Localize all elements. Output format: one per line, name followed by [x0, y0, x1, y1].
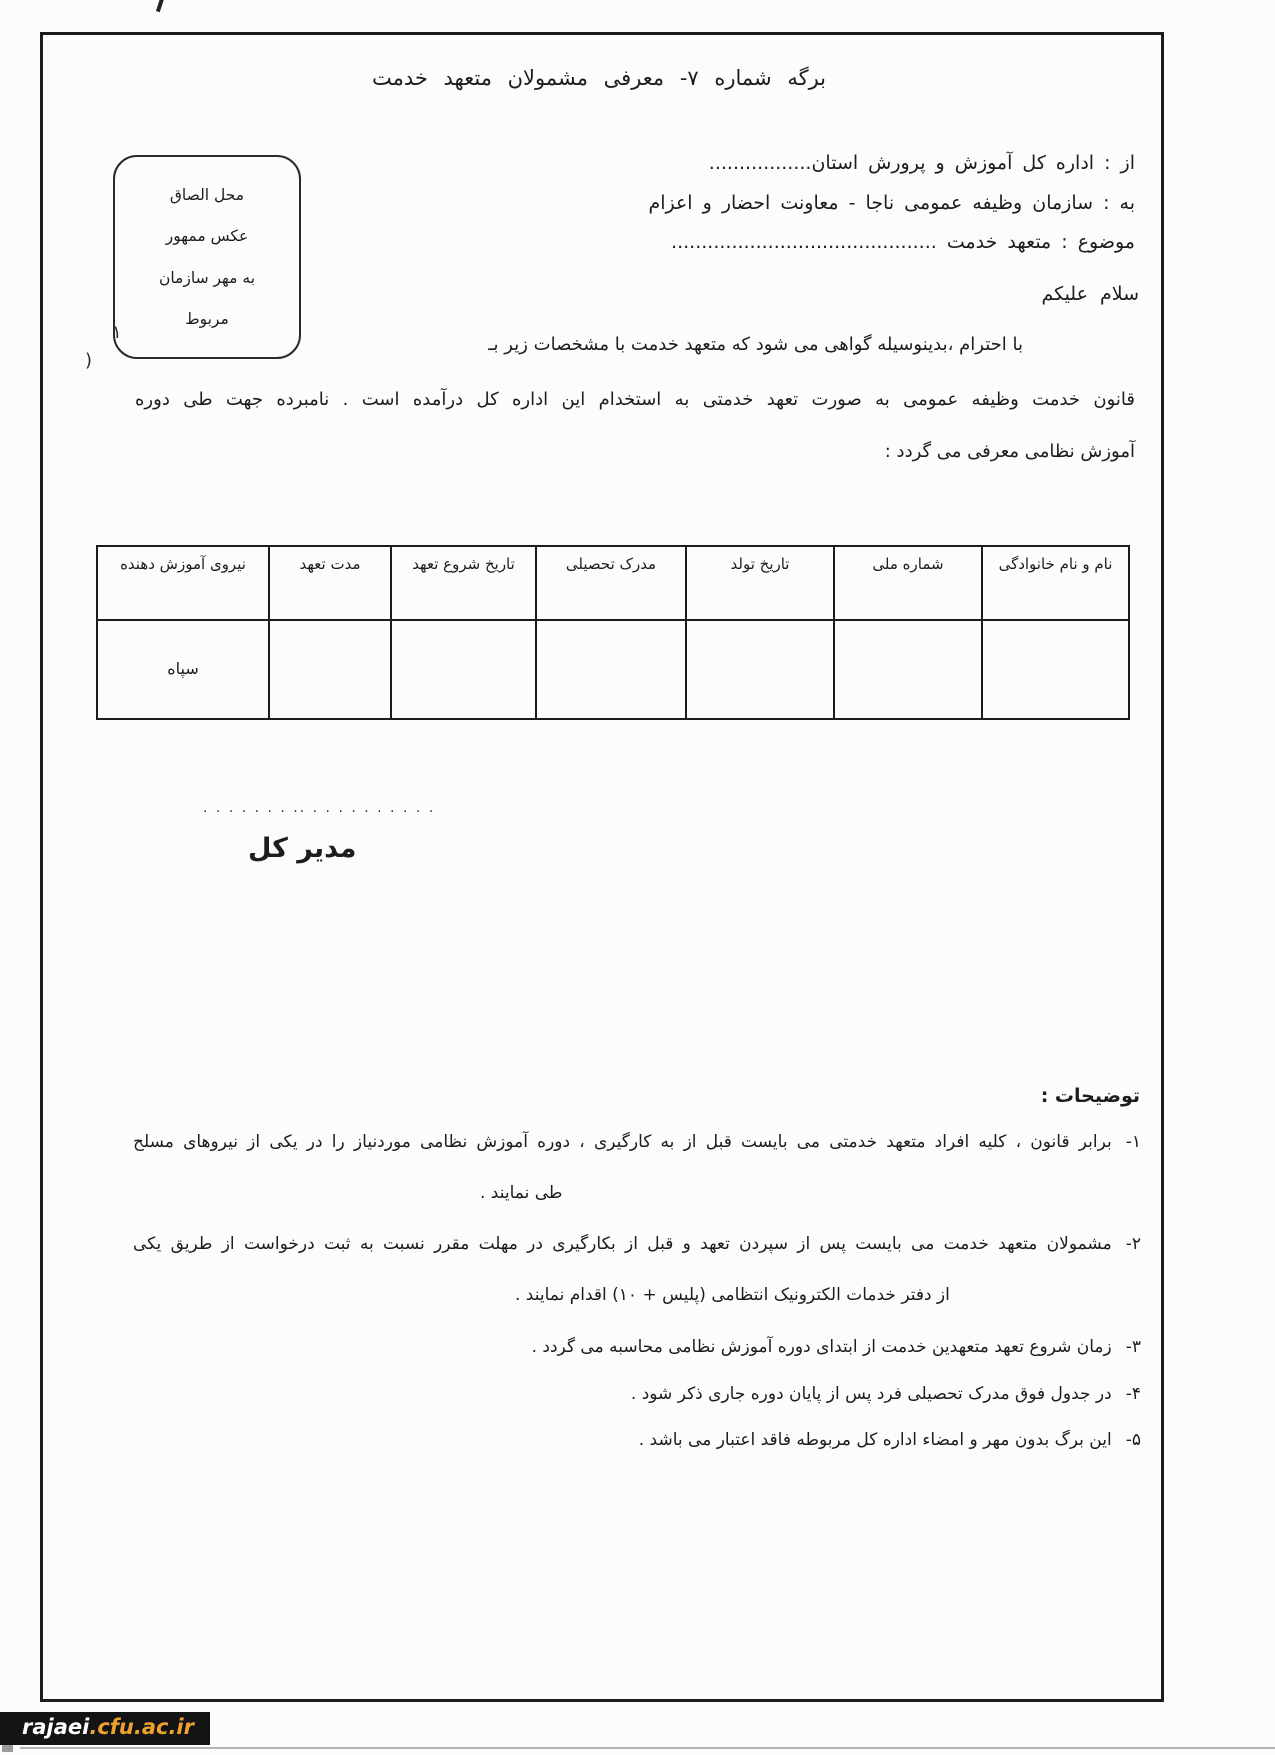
scan-artifact-mark [156, 0, 164, 12]
note-item-1-line-2: طی نمایند . [480, 1183, 562, 1203]
note-item-2-number: ۲- [1126, 1234, 1141, 1254]
note-item-2-line-2: از دفتر خدمات الکترونیک انتظامی (پلیس + … [515, 1285, 950, 1305]
photo-box-line-3: به مهر سازمان [119, 269, 295, 287]
col-education: مدرک تحصیلی [536, 546, 686, 620]
note-item-2-line-1: ۲-مشمولان متعهد خدمت می بایست پس از سپرد… [133, 1234, 1141, 1254]
form-title: برگه شماره ۷- معرفی مشمولان متعهد خدمت [40, 66, 1158, 90]
note-item-3: ۳-زمان شروع تعهد متعهدین خدمت از ابتدای … [532, 1337, 1141, 1357]
header-to-line: به : سازمان وظیفه عمومی ناجا - معاونت اح… [648, 192, 1135, 214]
col-national-id: شماره ملی [834, 546, 982, 620]
note-item-4: ۴-در جدول فوق مدرک تحصیلی فرد پس از پایا… [631, 1384, 1141, 1404]
col-commitment-duration: مدت تعهد [269, 546, 391, 620]
col-commitment-start-date: تاریخ شروع تعهد [391, 546, 536, 620]
cell-commitment-duration [269, 620, 391, 719]
note-item-1-number: ۱- [1126, 1132, 1141, 1152]
cell-national-id [834, 620, 982, 719]
watermark-domain: .cfu.ac.ir [89, 1715, 194, 1739]
scanned-form-page: برگه شماره ۷- معرفی مشمولان متعهد خدمت م… [0, 0, 1275, 1755]
cell-full-name [982, 620, 1129, 719]
cell-training-force: سپاه [97, 620, 269, 719]
body-line-2: قانون خدمت وظیفه عمومی به صورت تعهد خدمت… [135, 389, 1135, 410]
scan-bottom-edge-line [20, 1747, 1275, 1749]
photo-box-line-1: محل الصاق [119, 186, 295, 204]
table-header-row: نام و نام خانوادگی شماره ملی تاریخ تولد … [97, 546, 1129, 620]
body-line-1: با احترام ،بدینوسیله گواهی می شود که متع… [488, 334, 1023, 355]
note-item-5-text: این برگ بدون مهر و امضاء اداره کل مربوطه… [639, 1430, 1112, 1450]
conscripts-table: نام و نام خانوادگی شماره ملی تاریخ تولد … [96, 545, 1130, 720]
notes-heading: توضیحات : [1041, 1085, 1140, 1107]
signature-dotted-line: . . . . . . . .. . . . . . . . . . . [203, 800, 435, 816]
table-row: سپاه [97, 620, 1129, 719]
note-item-5-number: ۵- [1126, 1430, 1141, 1450]
note-item-3-number: ۳- [1126, 1337, 1141, 1357]
site-watermark-badge: rajaei.cfu.ac.ir [0, 1712, 210, 1745]
overlap-mark-digit: ۱ [112, 322, 122, 343]
body-line-3: آموزش نظامی معرفی می گردد : [885, 441, 1135, 462]
note-item-1-line-1: ۱-برابر قانون ، کلیه افراد متعهد خدمتی م… [133, 1132, 1141, 1152]
col-training-force: نیروی آموزش دهنده [97, 546, 269, 620]
header-from-line: از : اداره کل آموزش و پرورش استان.......… [709, 152, 1135, 174]
note-item-1-text: برابر قانون ، کلیه افراد متعهد خدمتی می … [133, 1132, 1112, 1152]
cell-commitment-start-date [391, 620, 536, 719]
header-subject-line: موضوع : متعهد خدمت .....................… [671, 231, 1135, 253]
signature-title: مدیر کل [248, 833, 356, 864]
cell-birth-date [686, 620, 834, 719]
watermark-name: rajaei [22, 1715, 89, 1739]
cell-education [536, 620, 686, 719]
salutation: سلام علیکم [1041, 283, 1139, 305]
photo-attach-box: محل الصاق عکس ممهور به مهر سازمان مربوط [113, 155, 301, 359]
col-birth-date: تاریخ تولد [686, 546, 834, 620]
note-item-2-text: مشمولان متعهد خدمت می بایست پس از سپردن … [133, 1234, 1112, 1254]
note-item-4-text: در جدول فوق مدرک تحصیلی فرد پس از پایان … [631, 1384, 1112, 1404]
note-item-4-number: ۴- [1126, 1384, 1141, 1404]
col-full-name: نام و نام خانوادگی [982, 546, 1129, 620]
photo-box-line-4: مربوط [119, 310, 295, 328]
note-item-3-text: زمان شروع تعهد متعهدین خدمت از ابتدای دو… [532, 1337, 1112, 1357]
overlap-mark-paren: ) [85, 350, 92, 371]
note-item-5: ۵-این برگ بدون مهر و امضاء اداره کل مربو… [639, 1430, 1141, 1450]
photo-box-line-2: عکس ممهور [119, 227, 295, 245]
